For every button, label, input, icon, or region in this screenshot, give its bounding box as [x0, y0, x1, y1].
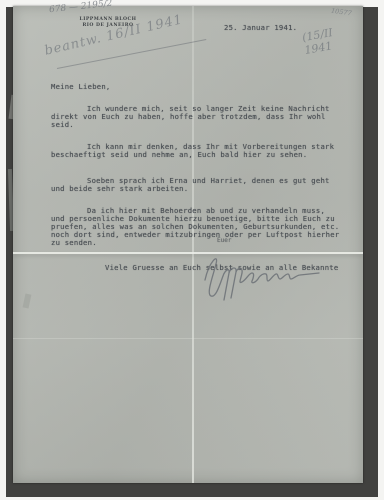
scanned-letter-image: 678 — 2195/2 beantw. 16/II 1941 10577 (1… — [0, 0, 384, 500]
letterhead-city: RIO DE JANEIRO — [77, 23, 139, 29]
letterhead-name: LIPPMANN BLOCH — [77, 17, 139, 23]
letter-page: 678 — 2195/2 beantw. 16/II 1941 10577 (1… — [13, 6, 363, 483]
pencil-reference-number: 678 — 2195/2 — [49, 0, 113, 15]
torn-edge-fragment — [23, 294, 32, 309]
horizontal-fold-crease-faint — [13, 338, 363, 339]
letter-date: 25. Januar 1941. — [224, 23, 297, 32]
paragraph: Da ich hier mit Behoerden ab und zu verh… — [51, 207, 351, 247]
pencil-catalog-number: 10577 — [331, 7, 353, 18]
pencil-checkmark-stroke — [57, 39, 206, 69]
letterhead: LIPPMANN BLOCH RIO DE JANEIRO — [77, 17, 139, 28]
paragraph: Ich wundere mich, seit so langer Zeit ke… — [51, 105, 351, 129]
signature-handwriting — [193, 244, 333, 306]
pencil-received-date-note: (15/II 1941 — [301, 21, 365, 57]
valediction: Euer — [217, 237, 231, 244]
salutation: Meine Lieben, — [51, 83, 351, 91]
paragraph: Ich kann mir denken, dass Ihr mit Vorber… — [51, 143, 351, 159]
paragraph: Soeben sprach ich Erna und Harriet, dene… — [51, 177, 351, 193]
